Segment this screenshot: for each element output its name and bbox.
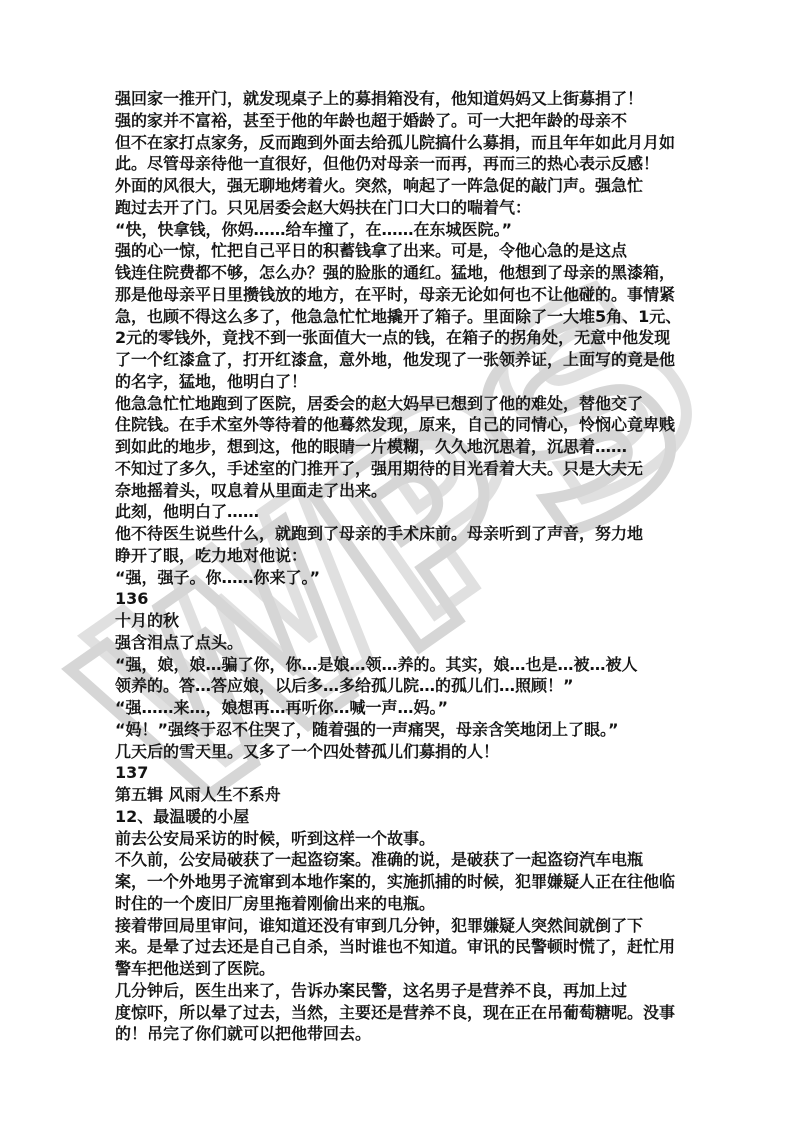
text-line: 睁开了眼，吃力地对他说： [115,545,725,567]
document-text: 强回家一推开门，就发现桌子上的募捐箱没有，他知道妈妈又上街募捐了！强的家并不富裕… [115,88,725,1045]
text-line: 警车把他送到了医院。 [115,958,725,980]
text-line: 2元的零钱外，竟找不到一张面值大一点的钱，在箱子的拐角处，无意中他发现 [115,327,725,349]
text-line: 的！吊完了你们就可以把他带回去。 [115,1023,725,1045]
text-line: “快，快拿钱，你妈……给车撞了，在……在东城医院。” [115,219,725,241]
text-line: 接着带回局里审问，谁知道还没有审到几分钟，犯罪嫌疑人突然间就倒了下 [115,915,725,937]
text-line: 他急急忙忙地跑到了医院，居委会的赵大妈早已想到了他的难处，替他交了 [115,393,725,415]
text-line: 来。是晕了过去还是自己自杀，当时谁也不知道。审讯的民警顿时慌了，赶忙用 [115,936,725,958]
text-line: 跑过去开了门。只见居委会赵大妈扶在门口大口的喘着气： [115,197,725,219]
text-line: 十月的秋 [115,610,725,632]
text-line: 他不待医生说些什么，就跑到了母亲的手术床前。母亲听到了声音，努力地 [115,523,725,545]
text-line: 时住的一个废旧厂房里拖着刚偷出来的电瓶。 [115,893,725,915]
document-page: WPS WPS 强回家一推开门，就发现桌子上的募捐箱没有，他知道妈妈又上街募捐了… [0,0,793,1122]
text-line: 钱连住院费都不够，怎么办？强的脸胀的通红。猛地，他想到了母亲的黑漆箱， [115,262,725,284]
text-line: 强的心一惊，忙把自己平日的积蓄钱拿了出来。可是，令他心急的是这点 [115,240,725,262]
text-line: “强，强子。你……你来了。” [115,567,725,589]
text-line: 度惊吓，所以晕了过去，当然，主要还是营养不良，现在正在吊葡萄糖呢。没事 [115,1002,725,1024]
text-line: 到如此的地步，想到这，他的眼睛一片模糊，久久地沉思着，沉思着…… [115,436,725,458]
text-line: 住院钱。在手术室外等待着的他蓦然发现，原来，自己的同情心，怜悯心竟卑贱 [115,414,725,436]
text-line: 136 [115,588,725,610]
text-line: 12、最温暖的小屋 [115,806,725,828]
text-line: 领养的。答…答应娘，以后多…多给孤儿院…的孤儿们…照顾！” [115,675,725,697]
text-line: 强的家并不富裕，甚至于他的年龄也超于婚龄了。可一大把年龄的母亲不 [115,110,725,132]
text-line: 不久前，公安局破获了一起盗窃案。准确的说，是破获了一起盗窃汽车电瓶 [115,849,725,871]
text-line: “强……来…，娘想再…再听你…喊一声…妈。” [115,697,725,719]
text-line: “妈！”强终于忍不住哭了，随着强的一声痛哭，母亲含笑地闭上了眼。” [115,719,725,741]
text-line: 几分钟后，医生出来了，告诉办案民警，这名男子是营养不良，再加上过 [115,980,725,1002]
text-line: 但不在家打点家务，反而跑到外面去给孤儿院搞什么募捐，而且年年如此月月如 [115,132,725,154]
text-line: 前去公安局采访的时候，听到这样一个故事。 [115,828,725,850]
text-line: 奈地摇着头，叹息着从里面走了出来。 [115,480,725,502]
text-line: 急，也顾不得这么多了，他急急忙忙地撬开了箱子。里面除了一大堆5角、1元、 [115,306,725,328]
text-line: 那是他母亲平日里攒钱放的地方，在平时，母亲无论如何也不让他碰的。事情紧 [115,284,725,306]
text-line: 强含泪点了点头。 [115,632,725,654]
text-line: 137 [115,762,725,784]
text-line: 第五辑 风雨人生不系舟 [115,784,725,806]
text-line: 了一个红漆盒了，打开红漆盒，意外地，他发现了一张领养证，上面写的竟是他 [115,349,725,371]
text-line: “强，娘，娘…骗了你，你…是娘…领…养的。其实，娘…也是…被…被人 [115,654,725,676]
text-line: 强回家一推开门，就发现桌子上的募捐箱没有，他知道妈妈又上街募捐了！ [115,88,725,110]
text-line: 此。尽管母亲待他一直很好，但他仍对母亲一而再，再而三的热心表示反感！ [115,153,725,175]
text-line: 外面的风很大，强无聊地烤着火。突然，响起了一阵急促的敲门声。强急忙 [115,175,725,197]
text-line: 的名字，猛地，他明白了！ [115,371,725,393]
text-line: 案，一个外地男子流窜到本地作案的，实施抓捕的时候，犯罪嫌疑人正在往他临 [115,871,725,893]
text-line: 此刻，他明白了…… [115,501,725,523]
text-line: 不知过了多久，手述室的门推开了，强用期待的目光看着大夫。只是大夫无 [115,458,725,480]
text-line: 几天后的雪天里。又多了一个四处替孤儿们募捐的人！ [115,741,725,763]
